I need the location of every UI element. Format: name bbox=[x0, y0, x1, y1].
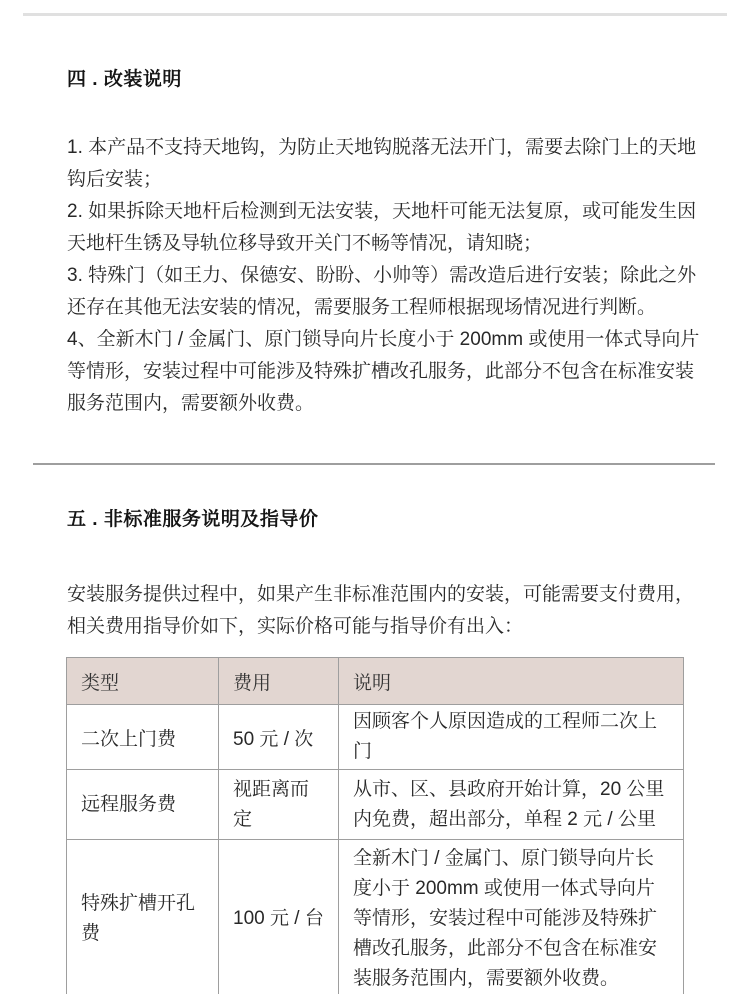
cell-type: 远程服务费 bbox=[67, 770, 219, 840]
note-item: 4、全新木门 / 金属门、原门锁导向片长度小于 200mm 或使用一体式导向片等… bbox=[67, 324, 700, 420]
column-header-fee: 费用 bbox=[219, 658, 339, 705]
note-item: 2. 如果拆除天地杆后检测到无法安装，天地杆可能无法复原，或可能发生因天地杆生锈… bbox=[67, 196, 700, 260]
section-nonstandard-services: 五 . 非标准服务说明及指导价 安装服务提供过程中，如果产生非标准范围内的安装，… bbox=[0, 509, 750, 994]
table-row: 远程服务费 视距离而定 从市、区、县政府开始计算，20 公里内免费，超出部分，单… bbox=[67, 770, 684, 840]
column-header-description: 说明 bbox=[339, 658, 684, 705]
modification-notes-list: 1. 本产品不支持天地钩，为防止天地钩脱落无法开门，需要去除门上的天地钩后安装；… bbox=[67, 132, 700, 420]
cell-description: 从市、区、县政府开始计算，20 公里内免费，超出部分，单程 2 元 / 公里 bbox=[339, 770, 684, 840]
column-header-type: 类型 bbox=[67, 658, 219, 705]
service-document-page: 四 . 改装说明 1. 本产品不支持天地钩，为防止天地钩脱落无法开门，需要去除门… bbox=[0, 0, 750, 994]
section5-heading: 五 . 非标准服务说明及指导价 bbox=[67, 509, 700, 531]
pricing-table: 类型 费用 说明 二次上门费 50 元 / 次 因顾客个人原因造成的工程师二次上… bbox=[66, 657, 684, 994]
top-section-divider bbox=[23, 13, 727, 16]
cell-description: 因顾客个人原因造成的工程师二次上门 bbox=[339, 705, 684, 770]
note-item: 3. 特殊门（如王力、保德安、盼盼、小帅等）需改造后进行安装；除此之外还存在其他… bbox=[67, 260, 700, 324]
note-item: 1. 本产品不支持天地钩，为防止天地钩脱落无法开门，需要去除门上的天地钩后安装； bbox=[67, 132, 700, 196]
table-row: 二次上门费 50 元 / 次 因顾客个人原因造成的工程师二次上门 bbox=[67, 705, 684, 770]
pricing-intro-text: 安装服务提供过程中，如果产生非标准范围内的安装，可能需要支付费用，相关费用指导价… bbox=[67, 579, 700, 643]
cell-type: 特殊扩槽开孔费 bbox=[67, 840, 219, 994]
table-row: 特殊扩槽开孔费 100 元 / 台 全新木门 / 金属门、原门锁导向片长度小于 … bbox=[67, 840, 684, 994]
section-divider bbox=[33, 463, 715, 465]
section4-heading: 四 . 改装说明 bbox=[67, 69, 700, 91]
pricing-table-header-row: 类型 费用 说明 bbox=[67, 658, 684, 705]
cell-type: 二次上门费 bbox=[67, 705, 219, 770]
cell-fee: 视距离而定 bbox=[219, 770, 339, 840]
cell-fee: 100 元 / 台 bbox=[219, 840, 339, 994]
section-modification-notes: 四 . 改装说明 1. 本产品不支持天地钩，为防止天地钩脱落无法开门，需要去除门… bbox=[0, 69, 750, 420]
cell-fee: 50 元 / 次 bbox=[219, 705, 339, 770]
cell-description: 全新木门 / 金属门、原门锁导向片长度小于 200mm 或使用一体式导向片等情形… bbox=[339, 840, 684, 994]
